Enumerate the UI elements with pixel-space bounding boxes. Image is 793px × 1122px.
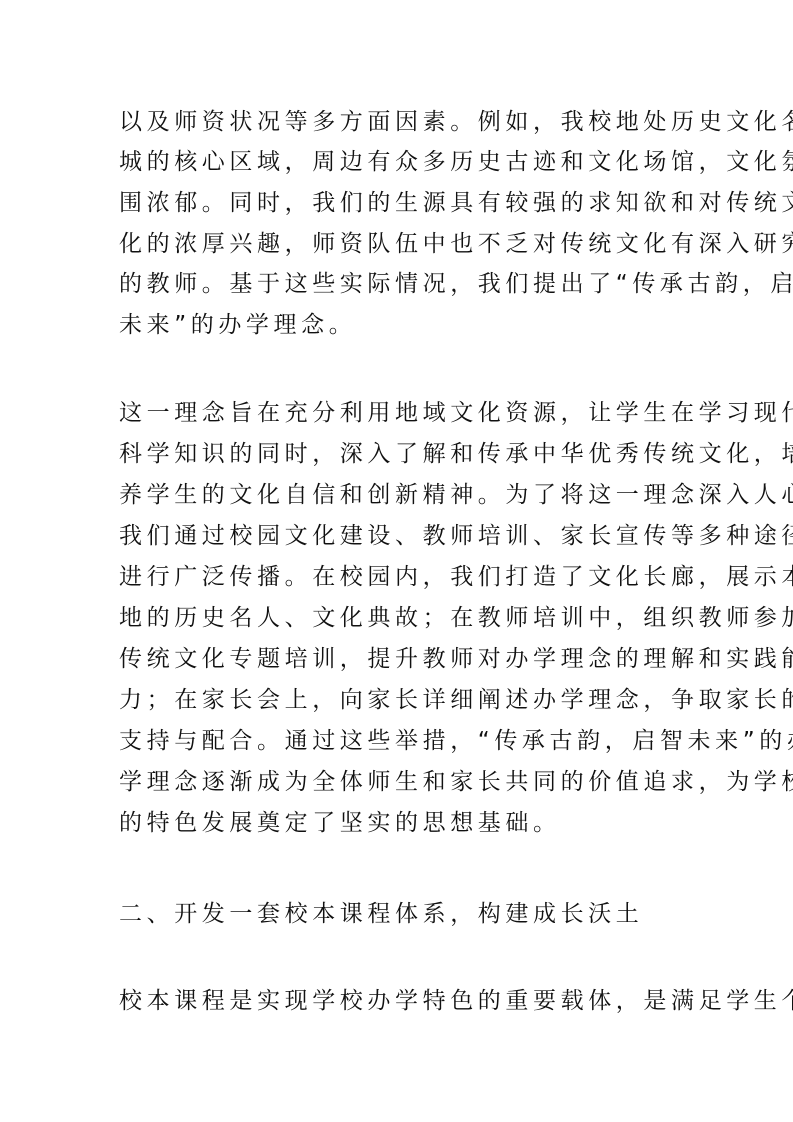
text-line: 力；在家长会上，向家长详细阐述办学理念，争取家长的 <box>119 686 793 714</box>
text-line: 养学生的文化自信和创新精神。为了将这一理念深入人心 <box>119 481 793 509</box>
text-line: 城的核心区域，周边有众多历史古迹和文化场馆，文化氛 <box>119 148 793 176</box>
text-line: 进行广泛传播。在校园内，我们打造了文化长廊，展示本 <box>119 563 793 591</box>
text-line: 学理念逐渐成为全体师生和家长共同的价值追求，为学校 <box>119 768 793 796</box>
text-line: 地的历史名人、文化典故；在教师培训中，组织教师参加 <box>119 604 793 632</box>
text-line: 支持与配合。通过这些举措，“传承古韵，启智未来”的办 <box>119 727 793 755</box>
text-line: 我们通过校园文化建设、教师培训、家长宣传等多种途径 <box>119 522 793 550</box>
text-line: 化的浓厚兴趣，师资队伍中也不乏对传统文化有深入研究 <box>119 230 793 258</box>
text-line: 未来”的办学理念。 <box>119 311 356 339</box>
text-line: 的特色发展奠定了坚实的思想基础。 <box>119 809 561 837</box>
text-line: 科学知识的同时，深入了解和传承中华优秀传统文化，培 <box>119 440 793 468</box>
text-line: 这一理念旨在充分利用地域文化资源，让学生在学习现代 <box>119 399 793 427</box>
text-line: 校本课程是实现学校办学特色的重要载体，是满足学生个 <box>119 987 793 1015</box>
heading-text: 二、开发一套校本课程体系，构建成长沃土 <box>119 900 643 928</box>
text-line: 以及师资状况等多方面因素。例如，我校地处历史文化名 <box>119 108 793 136</box>
text-line: 传统文化专题培训，提升教师对办学理念的理解和实践能 <box>119 645 793 673</box>
text-line: 围浓郁。同时，我们的生源具有较强的求知欲和对传统文 <box>119 189 793 217</box>
text-line: 的教师。基于这些实际情况，我们提出了“传承古韵，启智 <box>119 270 793 298</box>
